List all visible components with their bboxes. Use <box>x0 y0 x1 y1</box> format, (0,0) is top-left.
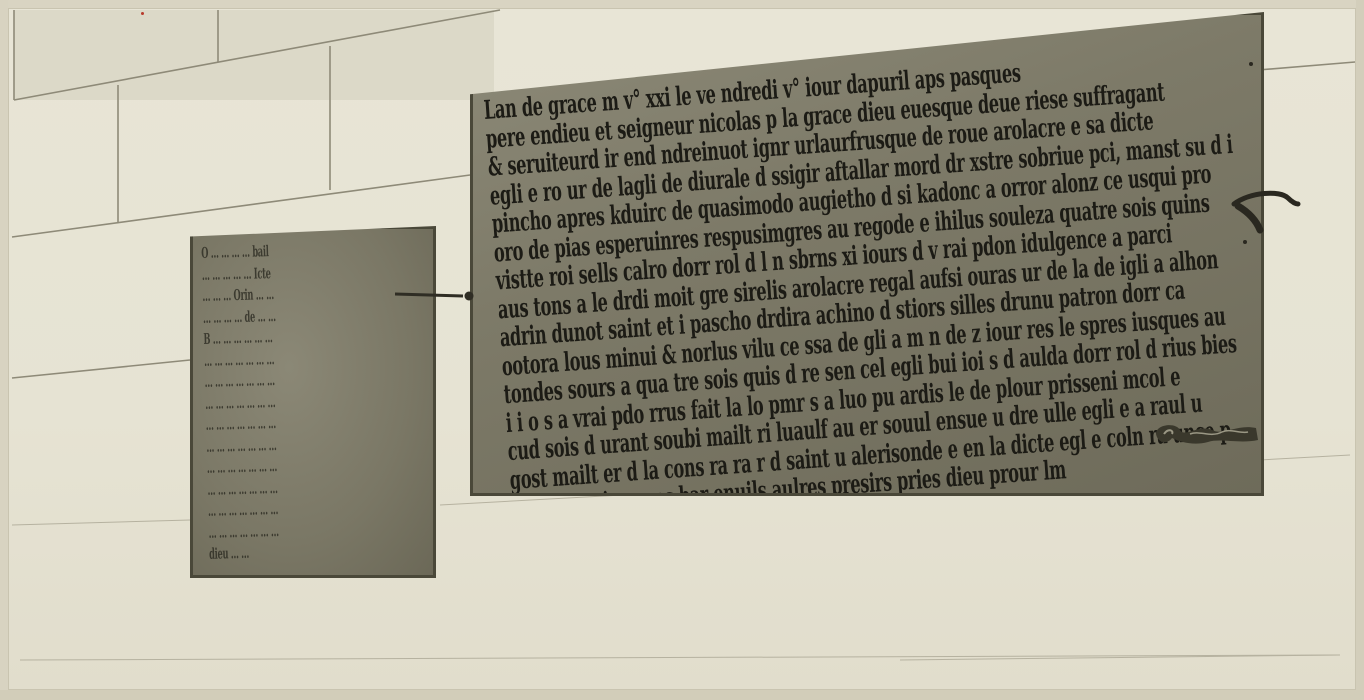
pointer-line-icon <box>395 290 475 302</box>
inscription-line: dieu ... ... <box>209 541 333 566</box>
small-inscription-plaque: O ... ... ... ... bail ... ... ... ... .… <box>190 226 436 578</box>
flourish-ornament-icon <box>1150 420 1262 448</box>
large-plaque-text: Lan de grace m v° xxi le ve ndredi v° io… <box>483 64 989 496</box>
ink-dot <box>1243 240 1247 244</box>
hook-mark-icon <box>1230 190 1302 242</box>
large-inscription-plaque: Lan de grace m v° xxi le ve ndredi v° io… <box>470 12 1264 496</box>
small-plaque-text: O ... ... ... ... bail ... ... ... ... .… <box>201 240 333 566</box>
ink-dot <box>1249 62 1253 66</box>
photograph: O ... ... ... ... bail ... ... ... ... .… <box>0 0 1364 700</box>
